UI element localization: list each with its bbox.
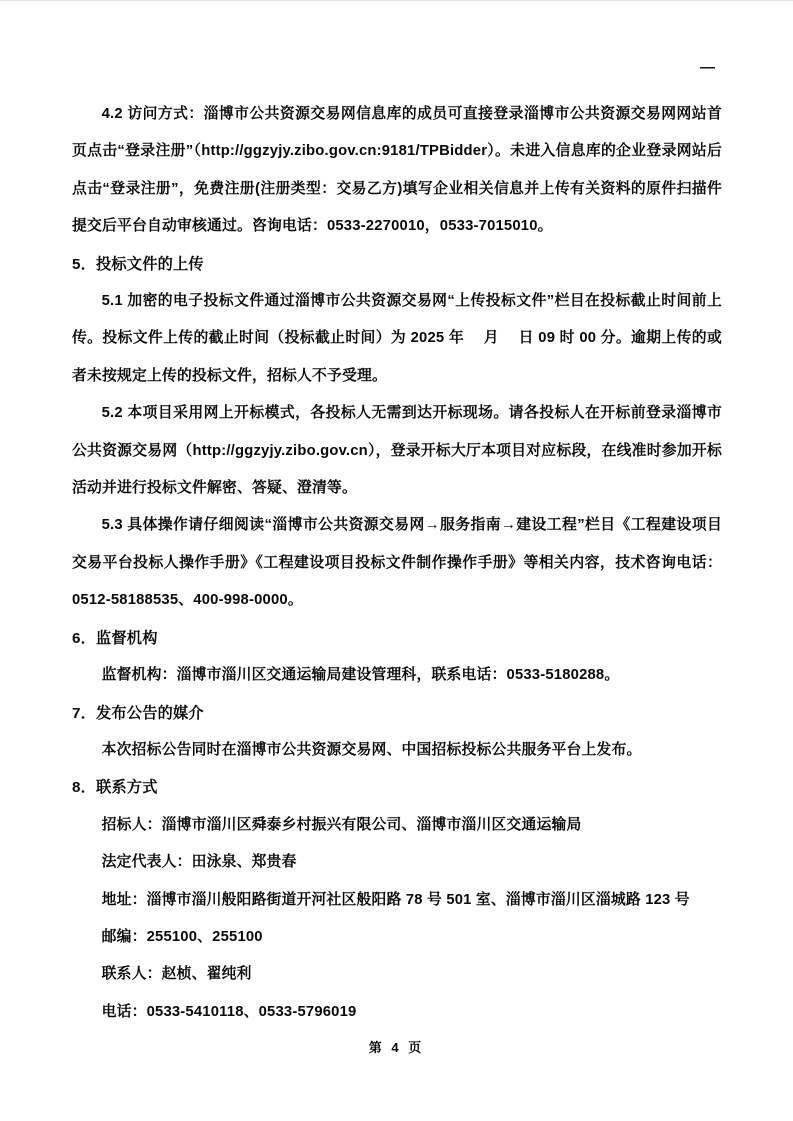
section-7-announcement-media: 本次招标公告同时在淄博市公共资源交易网、中国招标投标公共服务平台上发布。 (72, 732, 722, 769)
section-7-heading: 7．发布公告的媒介 (72, 695, 722, 732)
contact-postcode: 邮编：255100、255100 (72, 919, 722, 956)
contact-phone: 电话：0533-5410118、0533-5796019 (72, 994, 722, 1031)
section-5-heading: 5．投标文件的上传 (72, 246, 722, 283)
page-number-footer: 第 4 页 (0, 1037, 793, 1056)
contact-legal-representative: 法定代表人：田泳泉、郑贵春 (72, 844, 722, 881)
contact-person: 联系人：赵桢、翟纯利 (72, 956, 722, 993)
paragraph-4-2-access-method: 4.2 访问方式：淄博市公共资源交易网信息库的成员可直接登录淄博市公共资源交易网… (72, 96, 722, 246)
section-8-heading: 8．联系方式 (72, 769, 722, 806)
document-content: 4.2 访问方式：淄博市公共资源交易网信息库的成员可直接登录淄博市公共资源交易网… (72, 96, 722, 1031)
contact-tenderer: 招标人：淄博市淄川区舜泰乡村振兴有限公司、淄博市淄川区交通运输局 (72, 807, 722, 844)
section-6-heading: 6．监督机构 (72, 620, 722, 657)
contact-address: 地址：淄博市淄川般阳路街道开河社区般阳路 78 号 501 室、淄博市淄川区淄城… (72, 882, 722, 919)
paragraph-5-1-upload-deadline: 5.1 加密的电子投标文件通过淄博市公共资源交易网“上传投标文件”栏目在投标截止… (72, 283, 722, 395)
paragraph-5-2-online-bid-opening: 5.2 本项目采用网上开标模式，各投标人无需到达开标现场。请各投标人在开标前登录… (72, 395, 722, 507)
document-page: — 4.2 访问方式：淄博市公共资源交易网信息库的成员可直接登录淄博市公共资源交… (0, 0, 793, 1121)
paragraph-5-3-operation-manual: 5.3 具体操作请仔细阅读“淄博市公共资源交易网→服务指南→建设工程”栏目《工程… (72, 507, 722, 619)
header-dash: — (700, 59, 715, 76)
section-6-supervision-body: 监督机构：淄博市淄川区交通运输局建设管理科，联系电话：0533-5180288。 (72, 657, 722, 694)
